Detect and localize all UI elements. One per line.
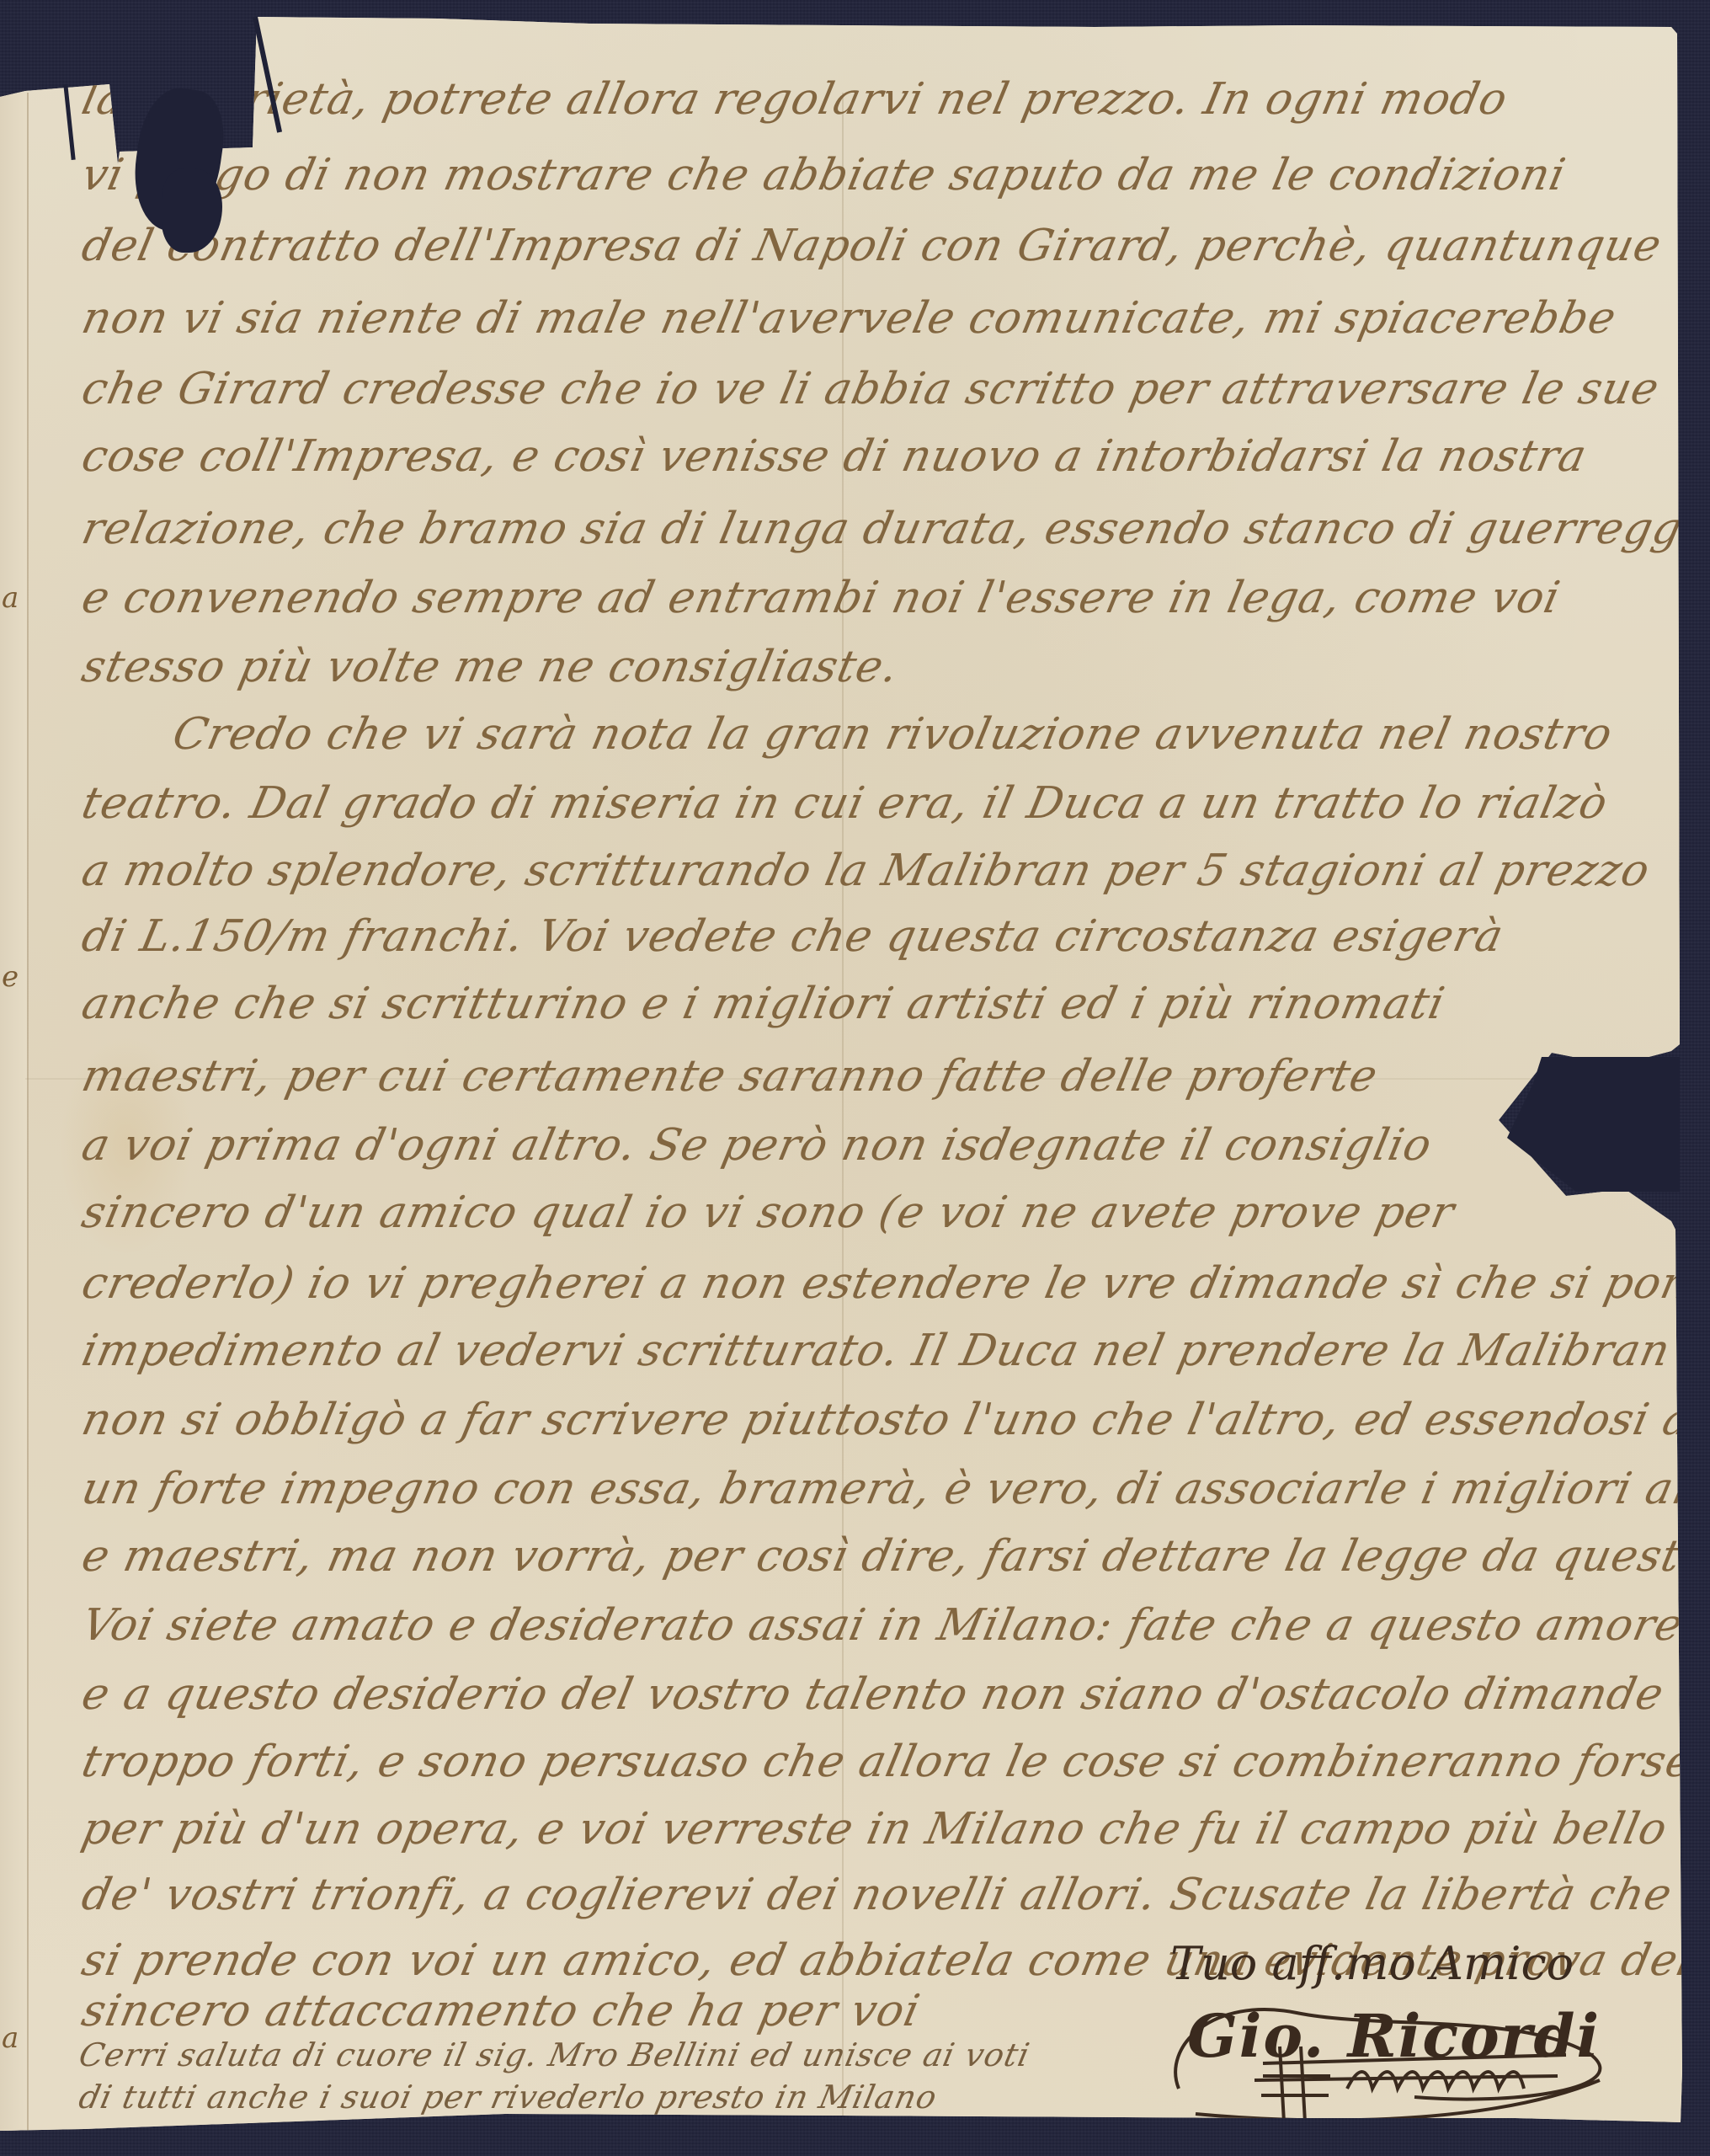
margin-fragment: a: [2, 581, 19, 615]
body-line: a voi prima d'ogni altro. Se però non is…: [77, 1120, 1436, 1171]
body-line: teatro. Dal grado di miseria in cui era,…: [77, 778, 1612, 829]
body-line: relazione, che bramo sia di lunga durata…: [77, 504, 1710, 554]
body-line: maestri, per cui certamente saranno fatt…: [77, 1051, 1382, 1102]
letter-paper: a e a la proprietà, potrete allora regol…: [0, 0, 1710, 2156]
body-line: impedimento al vedervi scritturato. Il D…: [77, 1326, 1675, 1376]
body-line: cose coll'Impresa, e così venisse di nuo…: [77, 431, 1591, 482]
margin-fragment: e: [2, 960, 19, 994]
body-line: crederlo) io vi pregherei a non estender…: [77, 1258, 1710, 1309]
body-line: del contratto dell'Impresa di Napoli con…: [77, 221, 1666, 271]
body-line: per più d'un opera, e voi verreste in Mi…: [77, 1804, 1672, 1854]
body-line: non si obbligò a far scrivere piuttosto …: [77, 1395, 1710, 1445]
body-line: troppo forti, e sono persuaso che allora…: [77, 1737, 1698, 1787]
body-line: stesso più volte me ne consigliaste.: [77, 642, 903, 692]
body-line: Voi siete amato e desiderato assai in Mi…: [77, 1600, 1687, 1651]
body-line: anche che si scritturino e i migliori ar…: [77, 979, 1450, 1029]
left-page-edge: [0, 93, 29, 2131]
body-line: sincero d'un amico qual io vi sono (e vo…: [77, 1187, 1459, 1238]
body-line: Credo che vi sarà nota la gran rivoluzio…: [168, 709, 1617, 760]
body-line: di L.150/m franchi. Voi vedete che quest…: [77, 911, 1508, 962]
body-line: un forte impegno con essa, bramerà, è ve…: [77, 1464, 1710, 1514]
signature-flourish-icon: [1162, 1962, 1633, 2131]
body-line: che Girard credesse che io ve li abbia s…: [77, 364, 1664, 414]
postscript-line: Cerri saluta di cuore il sig. Mro Bellin…: [76, 2036, 1033, 2073]
body-line: la proprietà, potrete allora regolarvi n…: [77, 74, 1512, 125]
body-line: e maestri, ma non vorrà, per così dire, …: [77, 1531, 1710, 1582]
body-line: vi prego di non mostrare che abbiate sap…: [77, 150, 1570, 200]
body-line: e a questo desiderio del vostro talento …: [77, 1669, 1669, 1720]
postscript-line: di tutti anche i suoi per rivederlo pres…: [76, 2079, 940, 2116]
body-line: non vi sia niente di male nell'avervele …: [77, 293, 1621, 344]
body-line: sincero attaccamento che ha per voi: [77, 1986, 924, 2036]
margin-fragment: a: [2, 2021, 19, 2055]
body-line: e convenendo sempre ad entrambi noi l'es…: [77, 573, 1565, 623]
body-line: a molto splendore, scritturando la Malib…: [77, 846, 1654, 896]
body-line: de' vostri trionfi, a coglierevi dei nov…: [77, 1870, 1676, 1920]
